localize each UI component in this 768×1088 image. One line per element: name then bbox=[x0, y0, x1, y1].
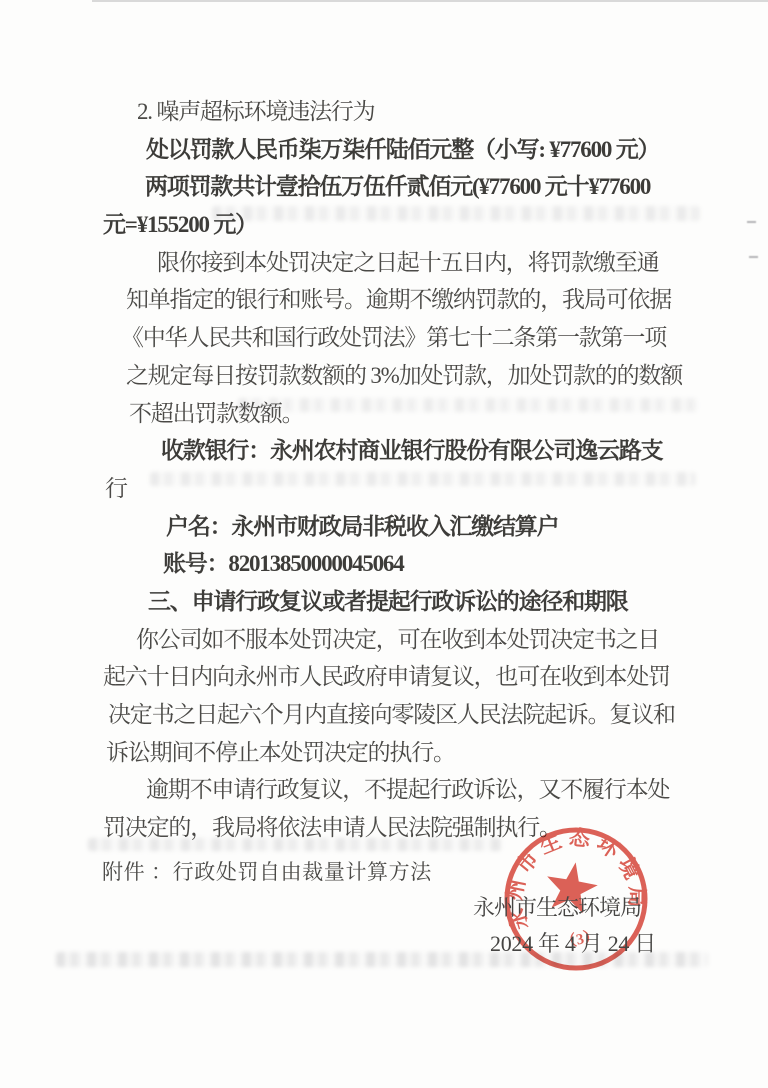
scan-edge-artifact bbox=[92, 0, 768, 2]
document-line: 你公司如不服本处罚决定，可在收到本处罚决定书之日 bbox=[136, 621, 768, 659]
document-line: 两项罚款共计壹拾伍万伍仟贰佰元(¥77600 元十¥77600 bbox=[145, 168, 768, 206]
issue-date: 2024 年 4 月 24 日 bbox=[490, 927, 656, 958]
document-line: 限你接到本处罚决定之日起十五日内，将罚款缴至通 bbox=[157, 244, 768, 282]
document-line: 《中华人民共和国行政处罚法》第七十二条第一款第一项 bbox=[121, 319, 768, 357]
document-line: 三、申请行政复议或者提起行政诉讼的途径和期限 bbox=[148, 583, 768, 621]
margin-mark-artifact bbox=[749, 256, 758, 258]
issuing-agency-name: 永州市生态环境局 bbox=[473, 891, 641, 922]
document-line: 户名：永州市财政局非税收入汇缴结算户 bbox=[166, 508, 768, 546]
document-line: 知单指定的银行和账号。逾期不缴纳罚款的，我局可依据 bbox=[126, 281, 768, 319]
attachment-line: 附件 ：行政处罚自由裁量计算方法 bbox=[102, 856, 432, 886]
bleed-through-artifact bbox=[238, 398, 698, 412]
document-line: 起六十日内向永州市人民政府申请复议，也可在收到本处罚 bbox=[103, 658, 768, 696]
document-line: 账号：82013850000045064 bbox=[163, 545, 768, 583]
bleed-through-artifact bbox=[88, 838, 502, 851]
document-line: 之规定每日按罚款数额的 3%加处罚款，加处罚款的的数额 bbox=[126, 357, 768, 395]
document-line: 处以罚款人民币柒万柒仟陆佰元整（小写: ¥77600 元） bbox=[146, 131, 768, 169]
bleed-through-artifact bbox=[150, 472, 696, 486]
scanned-document-page: 2. 噪声超标环境违法行为处以罚款人民币柒万柒仟陆佰元整（小写: ¥77600 … bbox=[0, 0, 768, 1088]
document-line: 决定书之日起六个月内直接向零陵区人民法院起诉。复议和 bbox=[108, 696, 768, 734]
document-line: 2. 噪声超标环境违法行为 bbox=[137, 93, 768, 131]
document-line: 收款银行：永州农村商业银行股份有限公司逸云路支 bbox=[161, 432, 768, 470]
document-line: 逾期不申请行政复议，不提起行政诉讼，又不履行本处 bbox=[146, 771, 768, 809]
document-line: 诉讼期间不停止本处罚决定的执行。 bbox=[106, 734, 768, 772]
bleed-through-artifact bbox=[212, 206, 700, 221]
margin-mark-artifact bbox=[747, 221, 756, 223]
